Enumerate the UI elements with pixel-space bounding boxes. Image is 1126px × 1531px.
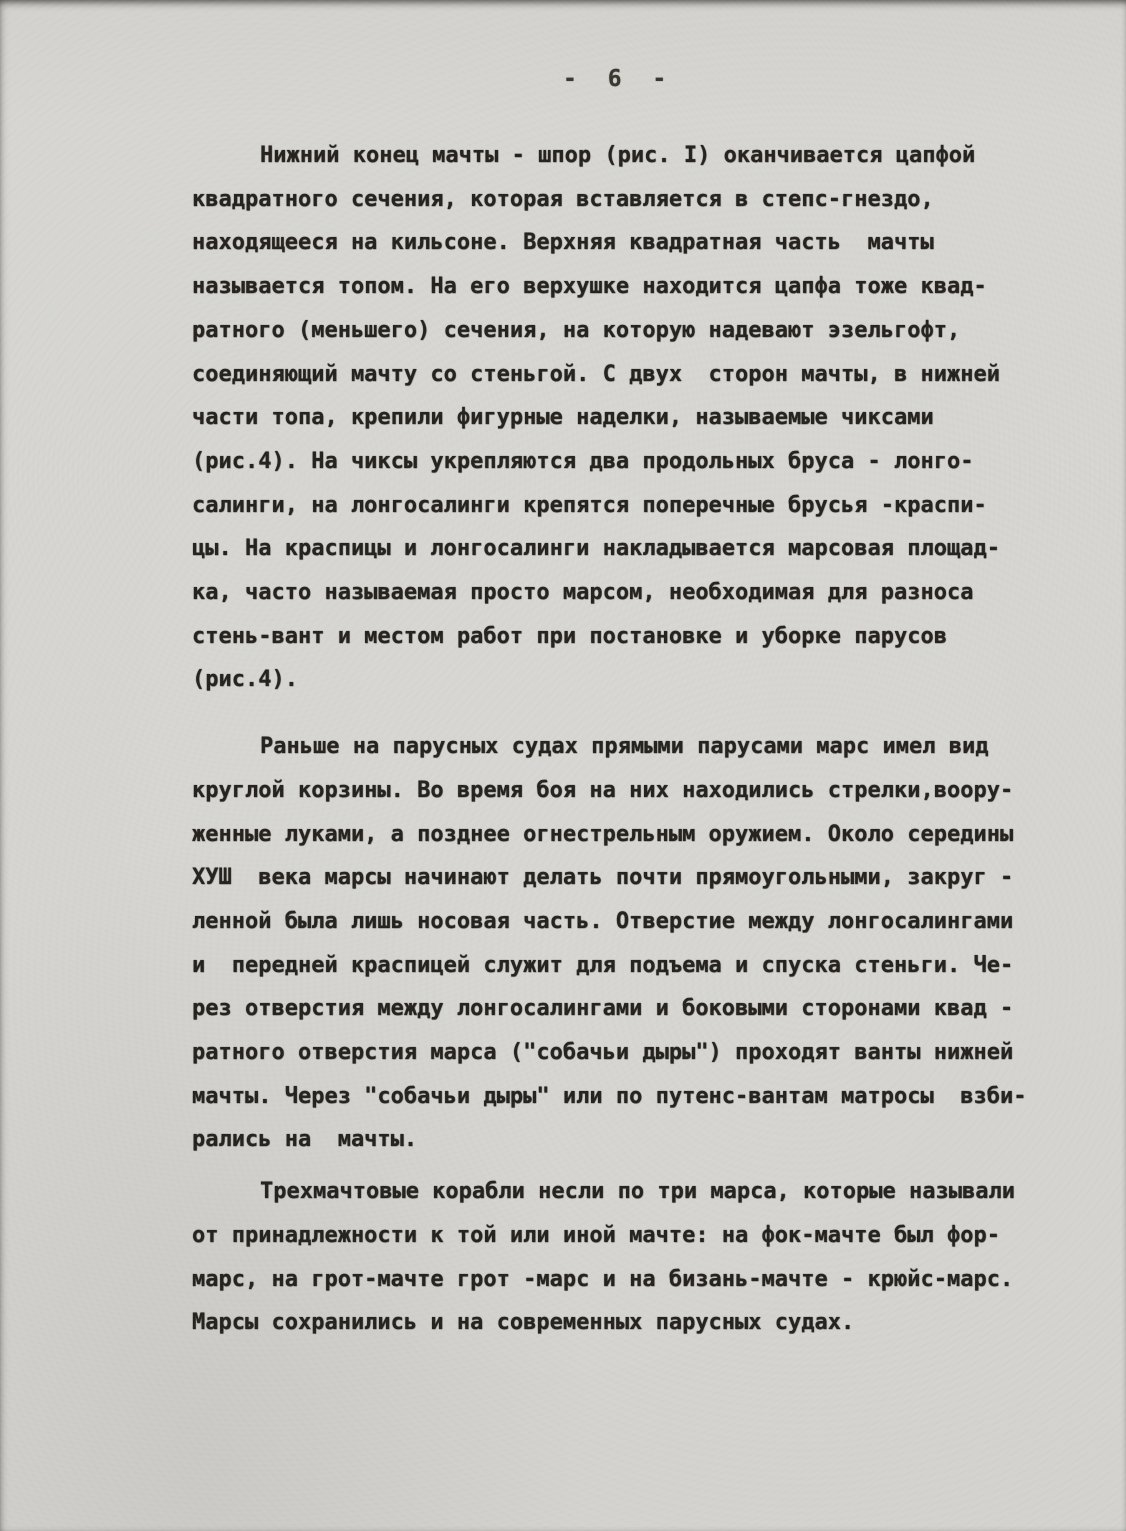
document-body: Нижний конец мачты - шпор (рис. I) оканч… (192, 134, 1052, 1345)
text-line: ХУШ века марсы начинают делать почти пря… (192, 856, 1052, 900)
text-line: (рис.4). На чиксы укрепляются два продол… (192, 440, 1052, 484)
text-line: части топа, крепили фигурные наделки, на… (192, 396, 1052, 440)
paragraph: Нижний конец мачты - шпор (рис. I) оканч… (192, 134, 1052, 702)
text-line: называется топом. На его верхушке находи… (192, 265, 1052, 309)
text-line: ка, часто называемая просто марсом, необ… (192, 571, 1052, 615)
text-line: рез отверстия между лонгосалингами и бок… (192, 987, 1052, 1031)
text-line: ратного (меньшего) сечения, на которую н… (192, 309, 1052, 353)
text-line: Раньше на парусных судах прямыми парусам… (192, 725, 1052, 769)
text-line: рались на мачты. (192, 1118, 1052, 1162)
text-line: марс, на грот-мачте грот -марс и на биза… (192, 1258, 1052, 1302)
text-line: квадратного сечения, которая вставляется… (192, 178, 1052, 222)
text-line: цы. На краспицы и лонгосалинги накладыва… (192, 527, 1052, 571)
text-line: (рис.4). (192, 658, 1052, 702)
text-line: Марсы сохранились и на современных парус… (192, 1301, 1052, 1345)
document-page: - 6 - Нижний конец мачты - шпор (рис. I)… (0, 0, 1126, 1531)
text-line: соединяющий мачту со стеньгой. С двух ст… (192, 353, 1052, 397)
paragraph: Трехмачтовые корабли несли по три марса,… (192, 1170, 1052, 1345)
text-line: салинги, на лонгосалинги крепятся попере… (192, 484, 1052, 528)
text-line: женные луками, а позднее огнестрельным о… (192, 813, 1052, 857)
page-number: - 6 - (563, 66, 667, 92)
text-line: круглой корзины. Во время боя на них нах… (192, 769, 1052, 813)
text-line: Нижний конец мачты - шпор (рис. I) оканч… (192, 134, 1052, 178)
text-line: стень-вант и местом работ при постановке… (192, 615, 1052, 659)
paragraph: Раньше на парусных судах прямыми парусам… (192, 725, 1052, 1162)
text-line: и передней краспицей служит для подъема … (192, 944, 1052, 988)
text-line: находящееся на кильсоне. Верхняя квадрат… (192, 221, 1052, 265)
text-line: ратного отверстия марса ("собачьи дыры")… (192, 1031, 1052, 1075)
text-line: Трехмачтовые корабли несли по три марса,… (192, 1170, 1052, 1214)
text-line: от принадлежности к той или иной мачте: … (192, 1214, 1052, 1258)
text-line: ленной была лишь носовая часть. Отверсти… (192, 900, 1052, 944)
text-line: мачты. Через "собачьи дыры" или по путен… (192, 1075, 1052, 1119)
